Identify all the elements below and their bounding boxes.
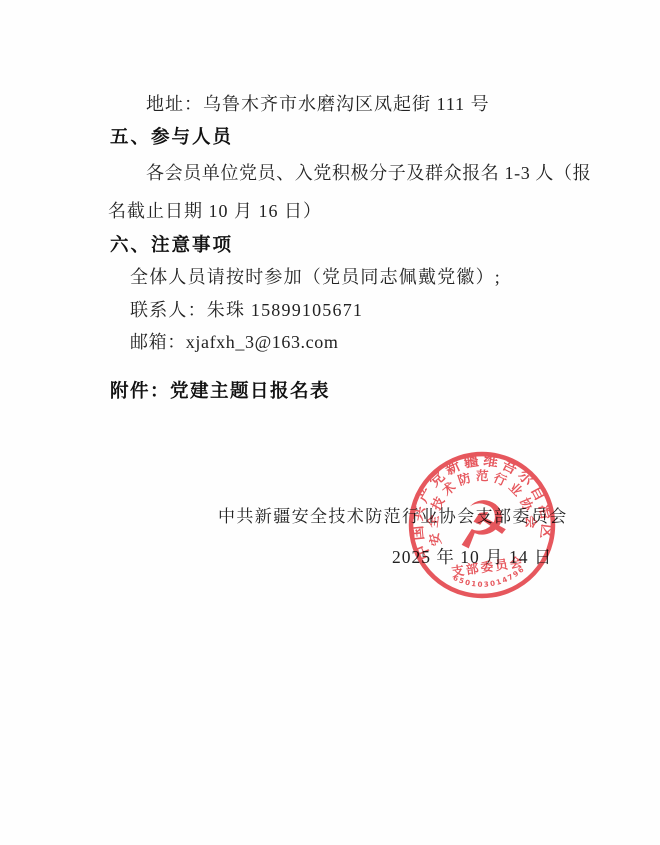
attachment-line: 附件：党建主题日报名表: [110, 377, 330, 403]
contact-person-line: 联系人：朱珠 15899105671: [130, 296, 363, 322]
section-6-heading: 六、注意事项: [110, 231, 233, 257]
signature-date: 2025 年 10 月 14 日: [392, 544, 552, 569]
section-5-heading: 五、参与人员: [110, 123, 233, 149]
section-5-text-line-2: 名截止日期 10 月 16 日）: [108, 197, 322, 223]
section-6-note: 全体人员请按时参加（党员同志佩戴党徽）;: [130, 263, 501, 289]
address-line: 地址：乌鲁木齐市水磨沟区凤起街 111 号: [146, 90, 490, 116]
document-page: 地址：乌鲁木齐市水磨沟区凤起街 111 号 五、参与人员 各会员单位党员、入党积…: [0, 0, 660, 845]
email-line: 邮箱：xjafxh_3@163.com: [130, 328, 338, 354]
section-5-text-line-1: 各会员单位党员、入党积极分子及群众报名 1-3 人（报: [146, 159, 591, 185]
signature-org-name: 中共新疆安全技术防范行业协会支部委员会: [218, 502, 568, 527]
